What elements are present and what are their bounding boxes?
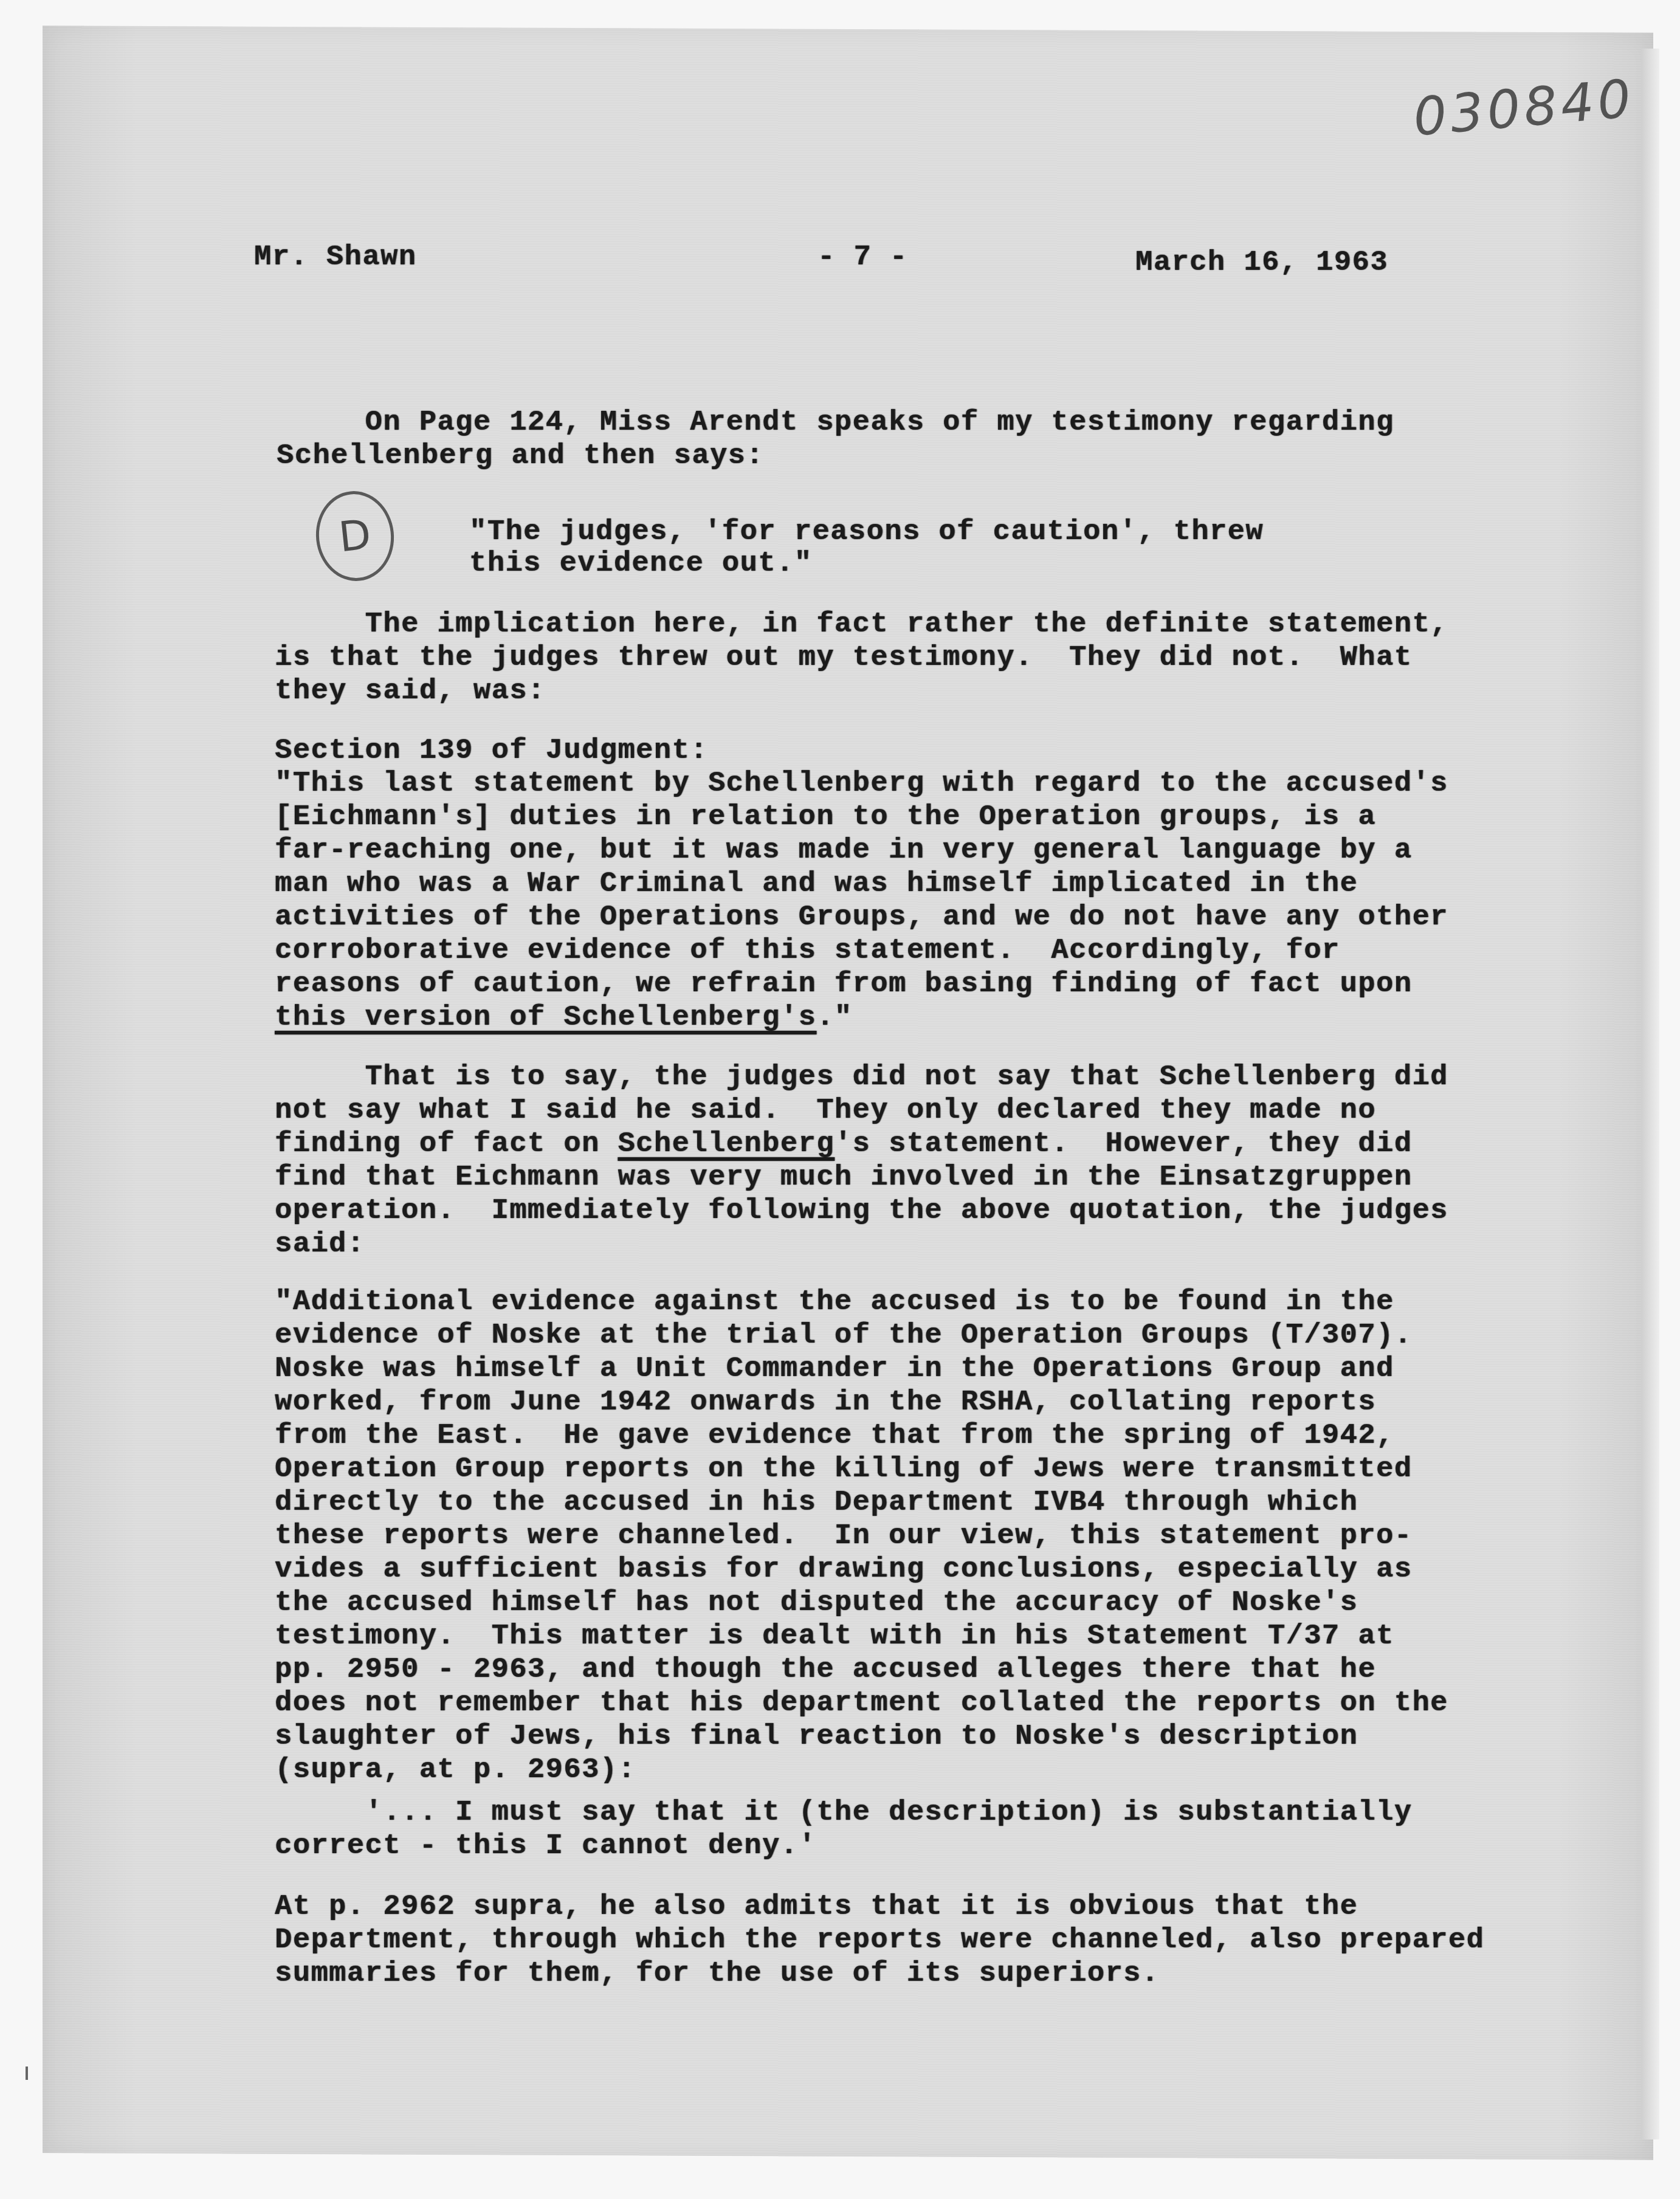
closing-line-1: At p. 2962 supra, he also admits that it… bbox=[275, 1890, 1358, 1924]
section-line-1: "This last statement by Schellenberg wit… bbox=[275, 767, 1448, 801]
section-line-3: far-reaching one, but it was made in ver… bbox=[275, 834, 1412, 868]
closing-line-2: Department, through which the reports we… bbox=[275, 1924, 1484, 1958]
evidence-line-11: testimony. This matter is dealt with in … bbox=[275, 1620, 1394, 1654]
annotation-letter: D bbox=[337, 511, 373, 562]
that-is-line-1: That is to say, the judges did not say t… bbox=[275, 1061, 1448, 1095]
quote-close: ." bbox=[816, 1002, 852, 1034]
evidence-line-1: "Additional evidence against the accused… bbox=[275, 1285, 1394, 1320]
that-is-line-4: find that Eichmann was very much involve… bbox=[275, 1161, 1412, 1195]
that-is-line-6: said: bbox=[275, 1228, 365, 1262]
evidence-line-4: worked, from June 1942 onwards in the RS… bbox=[275, 1386, 1376, 1420]
addressee: Mr. Shawn bbox=[254, 241, 416, 275]
section-line-8: this version of Schellenberg's." bbox=[275, 1001, 853, 1035]
section-line-6: corroborative evidence of this statement… bbox=[275, 934, 1340, 968]
evidence-line-2: evidence of Noske at the trial of the Op… bbox=[275, 1319, 1412, 1353]
evidence-line-12: pp. 2950 - 2963, and though the accused … bbox=[275, 1653, 1376, 1687]
implication-line-1: The implication here, in fact rather the… bbox=[275, 608, 1448, 642]
section-line-5: activities of the Operations Groups, and… bbox=[275, 901, 1448, 935]
eichmann-quote-line-1: '... I must say that it (the description… bbox=[275, 1796, 1412, 1830]
evidence-line-3: Noske was himself a Unit Commander in th… bbox=[275, 1352, 1394, 1386]
evidence-line-14: slaughter of Jews, his final reaction to… bbox=[275, 1720, 1358, 1754]
page-number: - 7 - bbox=[818, 241, 908, 275]
underlined-phrase: this version of Schellenberg's bbox=[275, 1002, 816, 1034]
evidence-line-10: the accused himself has not disputed the… bbox=[275, 1586, 1358, 1620]
underlined-name: Schellenberg bbox=[618, 1128, 834, 1160]
evidence-line-13: does not remember that his department co… bbox=[275, 1687, 1448, 1721]
eichmann-quote-line-2: correct - this I cannot deny.' bbox=[275, 1829, 816, 1863]
evidence-line-15: (supra, at p. 2963): bbox=[275, 1753, 636, 1788]
section-line-2: [Eichmann's] duties in relation to the O… bbox=[275, 800, 1376, 835]
scan-artifact-mark bbox=[26, 2067, 28, 2080]
intro-line-2: Schellenberg and then says: bbox=[277, 439, 764, 473]
arendt-quote-line-1: "The judges, 'for reasons of caution', t… bbox=[469, 515, 1264, 549]
implication-line-3: they said, was: bbox=[275, 675, 546, 709]
implication-line-2: is that the judges threw out my testimon… bbox=[275, 641, 1412, 675]
intro-line-1: On Page 124, Miss Arendt speaks of my te… bbox=[275, 406, 1394, 440]
evidence-line-7: directly to the accused in his Departmen… bbox=[275, 1486, 1358, 1520]
that-is-line-3: finding of fact on Schellenberg's statem… bbox=[275, 1127, 1412, 1161]
evidence-line-8: these reports were channeled. In our vie… bbox=[275, 1519, 1412, 1554]
archive-page-number: 030840 bbox=[1412, 81, 1636, 135]
evidence-line-6: Operation Group reports on the killing o… bbox=[275, 1453, 1412, 1487]
section-heading: Section 139 of Judgment: bbox=[275, 734, 708, 768]
that-is-line-2: not say what I said he said. They only d… bbox=[275, 1094, 1376, 1128]
page-edge-shadow bbox=[1641, 49, 1659, 2139]
evidence-line-9: vides a sufficient basis for drawing con… bbox=[275, 1553, 1412, 1587]
letter-date: March 16, 1963 bbox=[1135, 246, 1388, 280]
section-line-4: man who was a War Criminal and was himse… bbox=[275, 867, 1358, 901]
closing-line-3: summaries for them, for the use of its s… bbox=[275, 1957, 1160, 1991]
arendt-quote-line-2: this evidence out." bbox=[469, 547, 812, 581]
line-suffix: 's statement. However, they did bbox=[835, 1128, 1413, 1160]
line-prefix: finding of fact on bbox=[275, 1128, 618, 1160]
section-line-7: reasons of caution, we refrain from basi… bbox=[275, 968, 1412, 1002]
that-is-line-5: operation. Immediately following the abo… bbox=[275, 1194, 1448, 1228]
evidence-line-5: from the East. He gave evidence that fro… bbox=[275, 1419, 1394, 1453]
